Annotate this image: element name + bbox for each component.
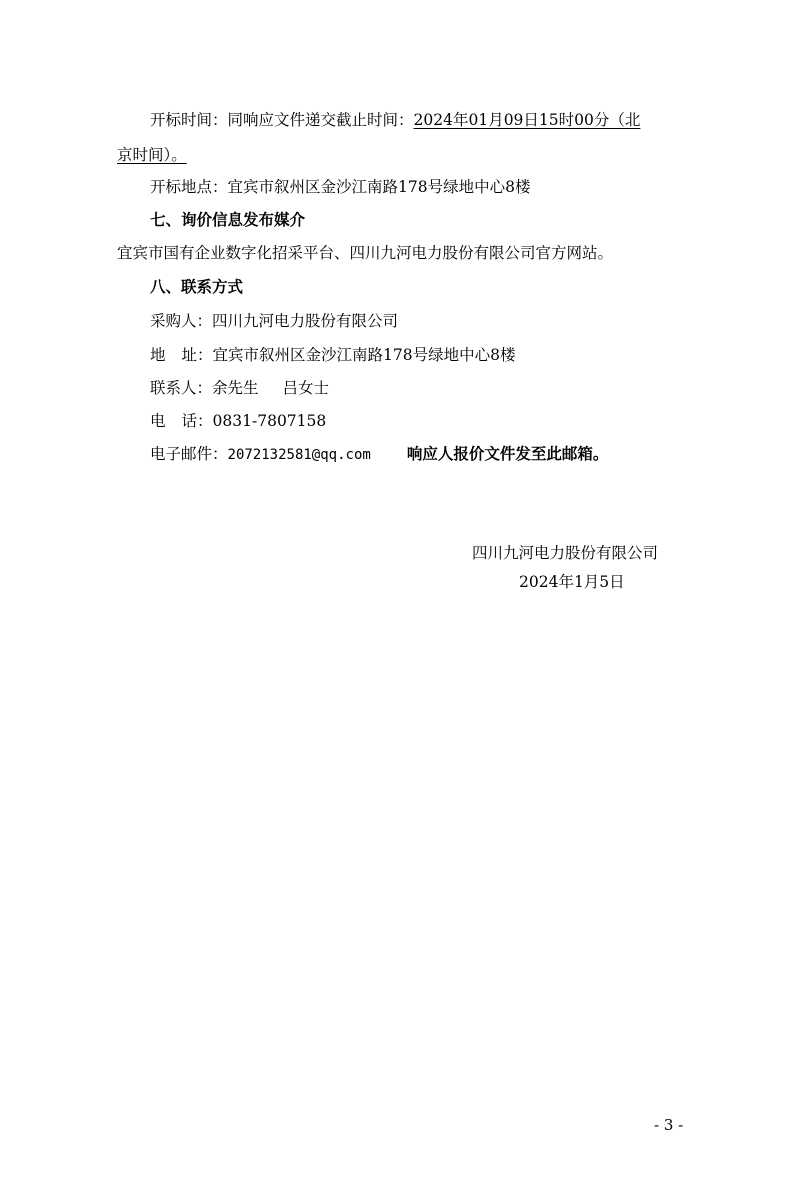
opening-location-value: 宜宾市叙州区金沙江南路178号绿地中心8楼 xyxy=(228,178,531,196)
section8-heading: 八、联系方式 xyxy=(150,277,243,297)
opening-time-line-2: 京时间）。 xyxy=(117,145,187,165)
email-line: 电子邮件：2072132581@qq.com响应人报价文件发至此邮箱。 xyxy=(150,444,608,465)
purchaser-line: 采购人：四川九河电力股份有限公司 xyxy=(150,311,398,331)
document-page: 开标时间：同响应文件递交截止时间：2024年01月09日15时00分（北 京时间… xyxy=(0,0,800,1200)
contact-1: 余先生 xyxy=(212,379,259,397)
email-label: 电子邮件： xyxy=(150,445,228,463)
opening-location-line: 开标地点：宜宾市叙州区金沙江南路178号绿地中心8楼 xyxy=(150,177,530,197)
phone-label-a: 电 xyxy=(150,412,166,430)
opening-time-line: 开标时间：同响应文件递交截止时间：2024年01月09日15时00分（北 xyxy=(150,110,640,130)
section7-heading: 七、询价信息发布媒介 xyxy=(150,210,305,230)
opening-time-label: 开标时间： xyxy=(150,111,228,129)
contact-line: 联系人：余先生吕女士 xyxy=(150,378,329,398)
opening-time-value-cont: 京时间）。 xyxy=(117,146,187,164)
contact-label: 联系人： xyxy=(150,379,212,397)
purchaser-value: 四川九河电力股份有限公司 xyxy=(212,312,398,330)
page-number: - 3 - xyxy=(654,1116,683,1134)
section7-body: 宜宾市国有企业数字化招采平台、四川九河电力股份有限公司官方网站。 xyxy=(117,243,613,263)
contact-2: 吕女士 xyxy=(283,379,330,397)
address-label-b: 址： xyxy=(182,346,213,364)
opening-time-text: 同响应文件递交截止时间： xyxy=(228,111,414,129)
opening-time-value: 2024年01月09日15时00分（北 xyxy=(414,111,641,129)
email-note: 响应人报价文件发至此邮箱。 xyxy=(407,445,609,463)
purchaser-label: 采购人： xyxy=(150,312,212,330)
address-value: 宜宾市叙州区金沙江南路178号绿地中心8楼 xyxy=(213,346,516,364)
signature-date: 2024年1月5日 xyxy=(519,572,625,592)
address-label-a: 地 xyxy=(150,346,166,364)
signature-company: 四川九河电力股份有限公司 xyxy=(472,543,658,563)
phone-value: 0831-7807158 xyxy=(213,412,327,430)
phone-line: 电话：0831-7807158 xyxy=(150,411,326,431)
opening-location-label: 开标地点： xyxy=(150,178,228,196)
email-value[interactable]: 2072132581@qq.com xyxy=(228,447,371,463)
address-line: 地址：宜宾市叙州区金沙江南路178号绿地中心8楼 xyxy=(150,345,515,365)
phone-label-b: 话： xyxy=(182,412,213,430)
